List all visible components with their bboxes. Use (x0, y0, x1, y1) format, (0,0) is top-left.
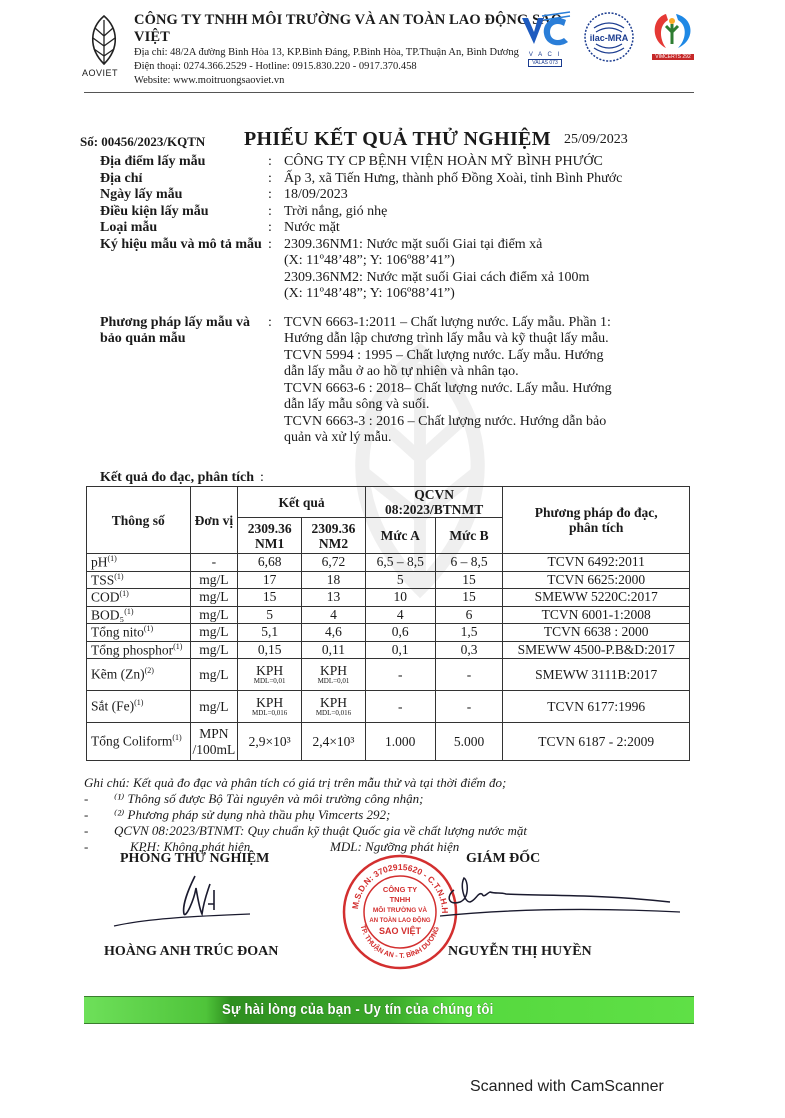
cell-unit: mg/L (190, 691, 238, 723)
svg-text:MÔI TRƯỜNG VÀ: MÔI TRƯỜNG VÀ (373, 905, 428, 914)
director-name: NGUYỄN THỊ HUYỀN (448, 944, 592, 960)
company-logo: AOVIET (82, 14, 127, 84)
cell-unit: mg/L (190, 589, 238, 607)
company-address: Địa chỉ: 48/2A đường Bình Hòa 13, KP.Bìn… (134, 46, 574, 60)
table-row: pH(1)-6,686,726,5 – 8,56 – 8,5TCVN 6492:… (87, 554, 690, 572)
header-sample-nm1: 2309.36 NM1 (238, 518, 302, 554)
cell-method: TCVN 6638 : 2000 (503, 624, 690, 642)
table-row: Tổng nito(1)mg/L5,14,60,61,5TCVN 6638 : … (87, 624, 690, 642)
cell-unit: mg/L (190, 624, 238, 642)
lab-signer-name: HOÀNG ANH TRÚC ĐOAN (104, 944, 278, 960)
table-row: Tổng Coliform(1)MPN/100mL2,9×10³2,4×10³1… (87, 723, 690, 761)
cell-level-a: 5 (365, 571, 435, 589)
document-title: PHIẾU KẾT QUẢ THỬ NGHIỆM (244, 128, 551, 151)
cell-method: SMEWW 3111B:2017 (503, 659, 690, 691)
header-sample-nm2: 2309.36 NM2 (302, 518, 366, 554)
note-item: -⁽¹⁾ Thông số được Bộ Tài nguyên và môi … (84, 791, 704, 807)
vaci-logo-icon (518, 10, 572, 52)
info-row-sampling-date: Ngày lấy mẫu : 18/09/2023 (100, 187, 700, 204)
cell-level-a: - (365, 659, 435, 691)
note-item: -⁽²⁾ Phương pháp sử dụng nhà thầu phụ Vi… (84, 807, 704, 823)
header-qcvn: QCVN 08:2023/BTNMT (365, 487, 503, 518)
header-divider (84, 92, 694, 93)
scanner-watermark: Scanned with CamScanner (470, 1078, 664, 1096)
logo-text: AOVIET (82, 68, 127, 78)
vimcerts-badge: VIMCERTS 292 (645, 10, 701, 70)
company-phone: Điện thoại: 0274.366.2529 - Hotline: 091… (134, 60, 574, 74)
cell-unit: - (190, 554, 238, 572)
header-method: Phương pháp đo đạc, phân tích (503, 487, 690, 554)
cell-unit: mg/L (190, 606, 238, 624)
cell-unit: mg/L (190, 641, 238, 659)
company-website: Website: www.moitruongsaoviet.vn (134, 74, 574, 88)
director-title: GIÁM ĐỐC (466, 851, 540, 867)
info-row-sample-type: Loại mẫu : Nước mặt (100, 220, 700, 237)
cell-level-b: - (435, 659, 503, 691)
company-info: CÔNG TY TNHH MÔI TRƯỜNG VÀ AN TOÀN LAO Đ… (134, 12, 574, 88)
table-row: Kẽm (Zn)(2)mg/LKPHMDL=0,01KPHMDL=0,01--S… (87, 659, 690, 691)
ilac-mra-logo-icon: ilac-MRA (582, 10, 636, 64)
director-signature-icon (440, 872, 680, 922)
cell-level-a: 0,6 (365, 624, 435, 642)
cell-nm2: 2,4×10³ (302, 723, 366, 761)
cell-unit: mg/L (190, 571, 238, 589)
document-number: Số: 00456/2023/KQTN (80, 134, 205, 150)
notes: Ghi chú: Kết quả đo đạc và phân tích có … (84, 775, 704, 855)
cell-nm2: KPHMDL=0,016 (302, 691, 366, 723)
letterhead: AOVIET CÔNG TY TNHH MÔI TRƯỜNG VÀ AN TOÀ… (82, 8, 702, 88)
cell-level-b: 0,3 (435, 641, 503, 659)
leaf-logo-icon (84, 14, 124, 66)
svg-text:ilac-MRA: ilac-MRA (590, 33, 629, 43)
cell-level-a: 0,1 (365, 641, 435, 659)
cell-param: Tổng Coliform(1) (87, 723, 191, 761)
cell-nm1: 5,1 (238, 624, 302, 642)
cell-method: TCVN 6625:2000 (503, 571, 690, 589)
cell-level-b: 15 (435, 571, 503, 589)
cell-nm1: 2,9×10³ (238, 723, 302, 761)
cell-nm2: 0,11 (302, 641, 366, 659)
cell-level-a: 4 (365, 606, 435, 624)
cell-level-b: 15 (435, 589, 503, 607)
cell-param: Sắt (Fe)(1) (87, 691, 191, 723)
slogan-text: Sự hài lòng của bạn - Uy tín của chúng t… (222, 1001, 493, 1018)
cell-unit: mg/L (190, 659, 238, 691)
vaci-badge: V A C I VALAS 073 (517, 10, 573, 70)
cell-level-a: 1.000 (365, 723, 435, 761)
cell-param: Tổng nito(1) (87, 624, 191, 642)
cell-nm1: 15 (238, 589, 302, 607)
cell-level-a: 10 (365, 589, 435, 607)
header-param: Thông số (87, 487, 191, 554)
cell-param: COD(1) (87, 589, 191, 607)
results-label: Kết quả đo đạc, phân tích (100, 470, 254, 486)
cell-nm2: 13 (302, 589, 366, 607)
svg-text:TNHH: TNHH (390, 895, 411, 904)
cell-nm2: 6,72 (302, 554, 366, 572)
lab-title: PHÒNG THỬ NGHIỆM (120, 851, 269, 867)
cell-param: pH(1) (87, 554, 191, 572)
table-row: Tổng phosphor(1)mg/L0,150,110,10,3SMEWW … (87, 641, 690, 659)
note-item: -QCVN 08:2023/BTNMT: Quy chuẩn kỹ thuật … (84, 823, 704, 839)
svg-text:SAO VIỆT: SAO VIỆT (379, 925, 422, 936)
cell-level-b: 5.000 (435, 723, 503, 761)
cell-level-a: 6,5 – 8,5 (365, 554, 435, 572)
header-level-a: Mức A (365, 518, 435, 554)
vimcerts-logo-icon (646, 10, 700, 52)
cell-method: SMEWW 5220C:2017 (503, 589, 690, 607)
cell-nm1: 0,15 (238, 641, 302, 659)
cell-level-b: 1,5 (435, 624, 503, 642)
accreditation-badges: V A C I VALAS 073 ilac-MRA VIMCERTS 292 (517, 10, 701, 70)
title-row: Số: 00456/2023/KQTN PHIẾU KẾT QUẢ THỬ NG… (80, 128, 700, 152)
table-row: TSS(1)mg/L1718515TCVN 6625:2000 (87, 571, 690, 589)
header-result: Kết quả (238, 487, 366, 518)
cell-nm1: 17 (238, 571, 302, 589)
cell-nm2: KPHMDL=0,01 (302, 659, 366, 691)
cell-level-b: - (435, 691, 503, 723)
cell-method: TCVN 6001-1:2008 (503, 606, 690, 624)
cell-param: TSS(1) (87, 571, 191, 589)
cell-method: TCVN 6187 - 2:2009 (503, 723, 690, 761)
cell-method: TCVN 6492:2011 (503, 554, 690, 572)
slogan-banner: Sự hài lòng của bạn - Uy tín của chúng t… (84, 996, 694, 1024)
cell-nm2: 4 (302, 606, 366, 624)
cell-nm2: 18 (302, 571, 366, 589)
document-date: 25/09/2023 (564, 132, 628, 148)
note-intro: Ghi chú: Kết quả đo đạc và phân tích có … (84, 775, 704, 791)
cell-unit: MPN/100mL (190, 723, 238, 761)
header-unit: Đơn vị (190, 487, 238, 554)
vaci-code: VALAS 073 (528, 59, 561, 67)
vimcerts-code: VIMCERTS 292 (652, 54, 693, 60)
sample-info: Địa điểm lấy mẫu : CÔNG TY CP BỆNH VIỆN … (100, 154, 700, 447)
cell-nm2: 4,6 (302, 624, 366, 642)
info-row-conditions: Điều kiện lấy mẫu : Trời nắng, gió nhẹ (100, 204, 700, 221)
svg-text:AN TOÀN LAO ĐỘNG: AN TOÀN LAO ĐỘNG (369, 916, 431, 924)
cell-param: Kẽm (Zn)(2) (87, 659, 191, 691)
cell-method: TCVN 6177:1996 (503, 691, 690, 723)
ilac-badge: ilac-MRA (581, 10, 637, 70)
header-level-b: Mức B (435, 518, 503, 554)
info-row-sampling-method: Phương pháp lấy mẫu và bảo quản mẫu : TC… (100, 315, 700, 447)
info-row-address: Địa chỉ : Ấp 3, xã Tiến Hưng, thành phố … (100, 171, 700, 188)
cell-nm1: KPHMDL=0,01 (238, 659, 302, 691)
cell-param: BOD₅(1) (87, 606, 191, 624)
lab-signature-icon (110, 870, 250, 930)
info-row-location: Địa điểm lấy mẫu : CÔNG TY CP BỆNH VIỆN … (100, 154, 700, 171)
table-row: COD(1)mg/L15131015SMEWW 5220C:2017 (87, 589, 690, 607)
info-row-sample-description: Ký hiệu mẫu và mô tả mẫu : 2309.36NM1: N… (100, 237, 700, 303)
cell-level-a: - (365, 691, 435, 723)
results-table: Thông số Đơn vị Kết quả QCVN 08:2023/BTN… (86, 486, 690, 761)
cell-nm1: 6,68 (238, 554, 302, 572)
cell-nm1: KPHMDL=0,016 (238, 691, 302, 723)
table-row: Sắt (Fe)(1)mg/LKPHMDL=0,016KPHMDL=0,016-… (87, 691, 690, 723)
cell-param: Tổng phosphor(1) (87, 641, 191, 659)
table-row: BOD₅(1)mg/L5446TCVN 6001-1:2008 (87, 606, 690, 624)
cell-level-b: 6 (435, 606, 503, 624)
svg-text:CÔNG TY: CÔNG TY (383, 885, 417, 894)
cell-nm1: 5 (238, 606, 302, 624)
vaci-caption: V A C I (529, 52, 561, 58)
cell-level-b: 6 – 8,5 (435, 554, 503, 572)
results-body: pH(1)-6,686,726,5 – 8,56 – 8,5TCVN 6492:… (87, 554, 690, 761)
cell-method: SMEWW 4500-P.B&D:2017 (503, 641, 690, 659)
company-name: CÔNG TY TNHH MÔI TRƯỜNG VÀ AN TOÀN LAO Đ… (134, 12, 574, 46)
